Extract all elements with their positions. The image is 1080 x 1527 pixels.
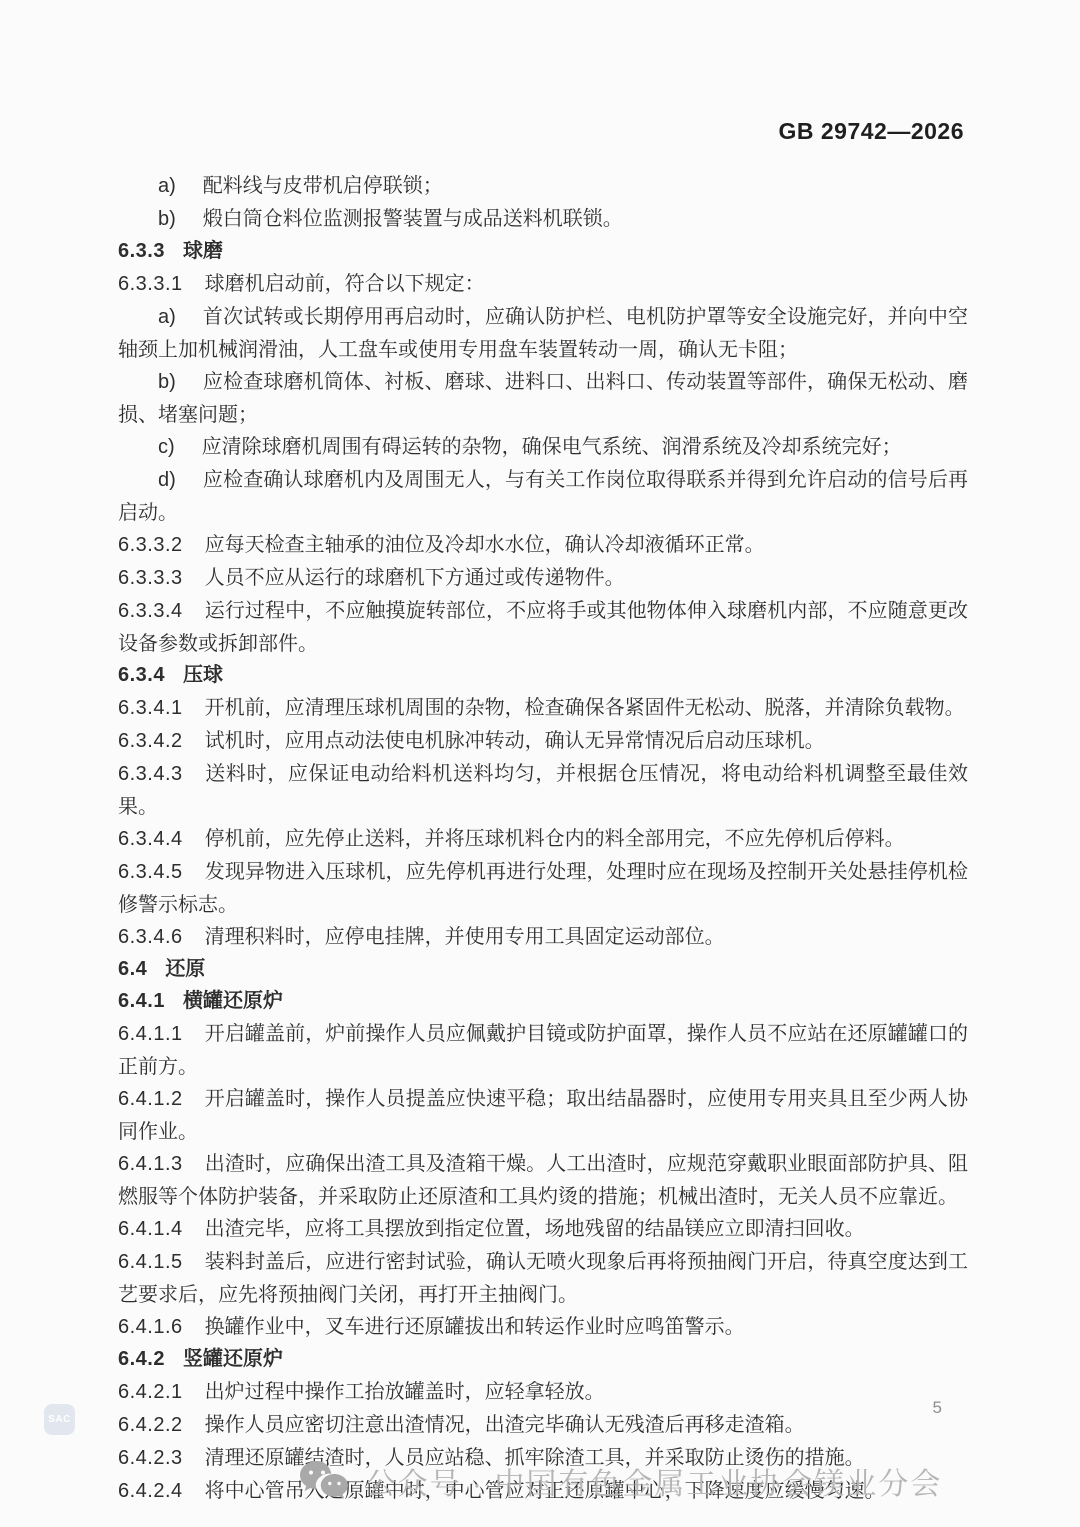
clause-text: 出渣完毕，应将工具摆放到指定位置，场地残留的结晶镁应立即清扫回收。 <box>205 1216 865 1240</box>
list-item: d)应检查确认球磨机内及周围无人，与有关工作岗位取得联系并得到允许启动的信号后再… <box>118 463 968 528</box>
clause-text: 试机时，应用点动法使电机脉冲转动，确认无异常情况后启动压球机。 <box>205 728 825 752</box>
clause: 6.3.4.2试机时，应用点动法使电机脉冲转动，确认无异常情况后启动压球机。 <box>118 724 968 757</box>
section-heading: 6.4.1横罐还原炉 <box>118 985 968 1017</box>
clause-text: 出渣时，应确保出渣工具及渣箱干燥。人工出渣时，应规范穿戴职业眼面部防护具、阻燃服… <box>118 1151 968 1208</box>
clause-number: 6.3.3.2 <box>118 534 183 556</box>
section-number: 6.4.2 <box>118 1348 165 1370</box>
clause: 6.4.1.4出渣完毕，应将工具摆放到指定位置，场地残留的结晶镁应立即清扫回收。 <box>118 1212 968 1245</box>
clause-number: 6.3.4.1 <box>118 697 183 719</box>
list-marker: a) <box>158 175 176 197</box>
clause-number: 6.4.1.5 <box>118 1251 183 1273</box>
section-number: 6.3.4 <box>118 664 165 686</box>
section-heading: 6.3.4压球 <box>118 659 968 691</box>
list-item: a)首次试转或长期停用再启动时，应确认防护栏、电机防护罩等安全设施完好，并向中空… <box>118 300 968 365</box>
clause: 6.4.1.5装料封盖后，应进行密封试验，确认无喷火现象后再将预抽阀门开启，待真… <box>118 1245 968 1310</box>
list-text: 应清除球磨机周围有碍运转的杂物，确保电气系统、润滑系统及冷却系统完好； <box>202 434 902 458</box>
clause-text: 出炉过程中操作工抬放罐盖时，应轻拿轻放。 <box>205 1379 605 1403</box>
section-title: 竖罐还原炉 <box>183 1348 283 1370</box>
clause: 6.4.1.2开启罐盖时，操作人员提盖应快速平稳；取出结晶器时，应使用专用夹具且… <box>118 1082 968 1147</box>
clause: 6.3.3.4运行过程中，不应触摸旋转部位，不应将手或其他物体伸入球磨机内部，不… <box>118 594 968 659</box>
document-page: GB 29742—2026 a)配料线与皮带机启停联锁； b)煅白筒仓料位监测报… <box>0 0 1080 1507</box>
clause: 6.3.3.3人员不应从运行的球磨机下方通过或传递物件。 <box>118 561 968 594</box>
section-title: 球磨 <box>183 240 223 262</box>
list-item: c)应清除球磨机周围有碍运转的杂物，确保电气系统、润滑系统及冷却系统完好； <box>118 430 968 463</box>
clause-text: 运行过程中，不应触摸旋转部位，不应将手或其他物体伸入球磨机内部，不应随意更改设备… <box>118 598 968 655</box>
section-number: 6.3.3 <box>118 240 165 262</box>
page-number: 5 <box>933 1398 942 1418</box>
clause: 6.4.2.1出炉过程中操作工抬放罐盖时，应轻拿轻放。 <box>118 1375 968 1408</box>
list-text: 煅白筒仓料位监测报警装置与成品送料机联锁。 <box>203 206 623 230</box>
list-item: b)应检查球磨机筒体、衬板、磨球、进料口、出料口、传动装置等部件，确保无松动、磨… <box>118 365 968 430</box>
clause-text: 装料封盖后，应进行密封试验，确认无喷火现象后再将预抽阀门开启，待真空度达到工艺要… <box>118 1249 968 1306</box>
clause: 6.4.1.3出渣时，应确保出渣工具及渣箱干燥。人工出渣时，应规范穿戴职业眼面部… <box>118 1147 968 1212</box>
clause: 6.3.4.5发现异物进入压球机，应先停机再进行处理，处理时应在现场及控制开关处… <box>118 855 968 920</box>
watermark-text: 公众号 · 中国有色金属工业协会镁业分会 <box>366 1459 943 1503</box>
section-heading: 6.4.2竖罐还原炉 <box>118 1343 968 1375</box>
wechat-watermark: 公众号 · 中国有色金属工业协会镁业分会 <box>0 1458 1080 1504</box>
clause-number: 6.3.3.3 <box>118 567 183 589</box>
clause: 6.3.3.1球磨机启动前，符合以下规定： <box>118 267 968 300</box>
list-marker: a) <box>158 306 176 328</box>
clause-number: 6.4.1.4 <box>118 1218 183 1240</box>
clause-number: 6.3.4.6 <box>118 926 183 948</box>
clause: 6.4.1.1开启罐盖前，炉前操作人员应佩戴护目镜或防护面罩，操作人员不应站在还… <box>118 1017 968 1082</box>
clause-number: 6.4.1.1 <box>118 1023 183 1045</box>
clause-number: 6.3.3.1 <box>118 273 183 295</box>
wechat-icon <box>298 1458 350 1504</box>
clause-number: 6.4.2.2 <box>118 1414 183 1436</box>
clause: 6.3.4.6清理积料时，应停电挂牌，并使用专用工具固定运动部位。 <box>118 920 968 953</box>
clause: 6.3.4.3送料时，应保证电动给料机送料均匀，并根据仓压情况，将电动给料机调整… <box>118 757 968 822</box>
clause-number: 6.3.4.5 <box>118 861 183 883</box>
clause-text: 球磨机启动前，符合以下规定： <box>205 271 485 295</box>
clause-text: 开启罐盖时，操作人员提盖应快速平稳；取出结晶器时，应使用专用夹具且至少两人协同作… <box>118 1086 968 1143</box>
section-heading: 6.4还原 <box>118 953 968 985</box>
section-title: 压球 <box>183 664 223 686</box>
clause-text: 清理积料时，应停电挂牌，并使用专用工具固定运动部位。 <box>205 924 725 948</box>
clause-number: 6.3.4.2 <box>118 730 183 752</box>
sac-logo-text: SAC <box>48 1414 71 1425</box>
clause-number: 6.4.1.2 <box>118 1088 183 1110</box>
list-text: 应检查确认球磨机内及周围无人，与有关工作岗位取得联系并得到允许启动的信号后再启动… <box>118 467 968 524</box>
clause: 6.3.4.1开机前，应清理压球机周围的杂物，检查确保各紧固件无松动、脱落，并清… <box>118 691 968 724</box>
section-number: 6.4.1 <box>118 990 165 1012</box>
clause-number: 6.4.2.1 <box>118 1381 183 1403</box>
clause-text: 送料时，应保证电动给料机送料均匀，并根据仓压情况，将电动给料机调整至最佳效果。 <box>118 761 968 818</box>
clause: 6.4.1.6换罐作业中，叉车进行还原罐拔出和转运作业时应鸣笛警示。 <box>118 1310 968 1343</box>
clause-text: 应每天检查主轴承的油位及冷却水水位，确认冷却液循环正常。 <box>205 532 765 556</box>
clause-text: 操作人员应密切注意出渣情况，出渣完毕确认无残渣后再移走渣箱。 <box>205 1412 805 1436</box>
list-text: 配料线与皮带机启停联锁； <box>203 173 443 197</box>
section-title: 还原 <box>165 958 205 980</box>
list-marker: d) <box>158 469 176 491</box>
clause: 6.3.3.2应每天检查主轴承的油位及冷却水水位，确认冷却液循环正常。 <box>118 528 968 561</box>
clause-text: 开启罐盖前，炉前操作人员应佩戴护目镜或防护面罩，操作人员不应站在还原罐罐口的正前… <box>118 1021 968 1078</box>
clause-text: 换罐作业中，叉车进行还原罐拔出和转运作业时应鸣笛警示。 <box>205 1314 745 1338</box>
clause-number: 6.4.1.6 <box>118 1316 183 1338</box>
list-item: a)配料线与皮带机启停联锁； <box>118 169 968 202</box>
sac-watermark-logo: SAC <box>44 1404 75 1435</box>
list-marker: b) <box>158 208 176 230</box>
list-text: 应检查球磨机筒体、衬板、磨球、进料口、出料口、传动装置等部件，确保无松动、磨损、… <box>118 369 968 426</box>
section-title: 横罐还原炉 <box>183 990 283 1012</box>
clause-number: 6.3.4.4 <box>118 828 183 850</box>
document-body: a)配料线与皮带机启停联锁； b)煅白筒仓料位监测报警装置与成品送料机联锁。 6… <box>118 169 968 1507</box>
section-number: 6.4 <box>118 958 147 980</box>
clause-text: 发现异物进入压球机，应先停机再进行处理，处理时应在现场及控制开关处悬挂停机检修警… <box>118 859 968 916</box>
list-item: b)煅白筒仓料位监测报警装置与成品送料机联锁。 <box>118 202 968 235</box>
clause-number: 6.3.3.4 <box>118 600 183 622</box>
clause: 6.4.2.2操作人员应密切注意出渣情况，出渣完毕确认无残渣后再移走渣箱。 <box>118 1408 968 1441</box>
clause-text: 停机前，应先停止送料，并将压球机料仓内的料全部用完，不应先停机后停料。 <box>205 826 905 850</box>
list-text: 首次试转或长期停用再启动时，应确认防护栏、电机防护罩等安全设施完好，并向中空轴颈… <box>118 304 968 361</box>
clause-number: 6.3.4.3 <box>118 763 183 785</box>
clause-text: 人员不应从运行的球磨机下方通过或传递物件。 <box>205 565 625 589</box>
standard-number: GB 29742—2026 <box>118 118 968 145</box>
section-heading: 6.3.3球磨 <box>118 235 968 267</box>
clause-text: 开机前，应清理压球机周围的杂物，检查确保各紧固件无松动、脱落，并清除负载物。 <box>205 695 965 719</box>
clause: 6.3.4.4停机前，应先停止送料，并将压球机料仓内的料全部用完，不应先停机后停… <box>118 822 968 855</box>
list-marker: c) <box>158 436 175 458</box>
clause-number: 6.4.1.3 <box>118 1153 183 1175</box>
list-marker: b) <box>158 371 176 393</box>
